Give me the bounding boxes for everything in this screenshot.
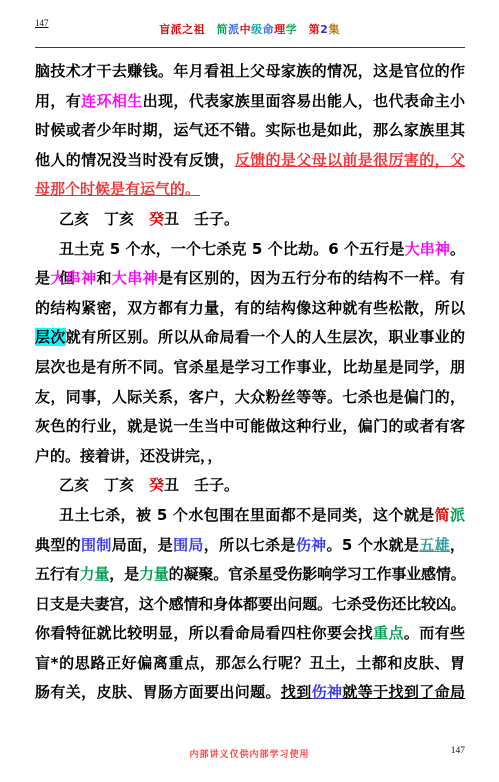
text-run: 乙亥 丁亥 <box>59 210 149 228</box>
title-segment: 学 <box>286 23 298 36</box>
title-segment <box>205 23 217 36</box>
text-run: 用，有 <box>35 92 81 110</box>
text-run: 层次 <box>35 328 66 346</box>
text-run: 重点 <box>373 624 404 642</box>
text-run: 丑 壬子。 <box>164 210 239 228</box>
title-segment: 命 <box>263 23 275 36</box>
text-run: 连环相生 <box>81 92 142 110</box>
text-run: 派 <box>450 506 465 524</box>
document-body: 脑技术才干去赚钱。年月看祖上父母家族的情况，这是官位的作用，有连环相生出现，代表… <box>35 57 465 708</box>
text-run: 丑 壬子。 <box>164 476 239 494</box>
text-line: 他人的情况没当时没有反馈，反馈的是父母以前是很厉害的，父 <box>35 146 465 176</box>
text-run: 母那个时候是有运气的。 <box>35 180 200 198</box>
text-run: 。而有些 <box>404 624 465 642</box>
text-run: 丑土克 5 个水，一个七杀克 5 个比劫。6 个五行是 <box>59 240 405 258</box>
text-run: 反馈的是父母以前是很厉害的，父 <box>235 151 465 169</box>
text-run: ，所以七杀是 <box>204 536 296 554</box>
text-run: 丑土七杀，被 5 个水包围在里面都不是同类，这个就是 <box>59 506 435 524</box>
text-run: 大串神 <box>112 269 158 287</box>
text-run: 时候或者少年时期，运气还不错。实际也是如此，那么家族里其 <box>35 121 465 139</box>
text-line: 脑技术才干去赚钱。年月看祖上父母家族的情况，这是官位的作 <box>35 57 465 87</box>
title-segment: 理 <box>274 23 286 36</box>
text-run: 大串神 <box>50 269 96 287</box>
footer-notice: 内部讲义仅供内部学习使用 <box>0 747 499 760</box>
text-run: 的凝聚。官杀星受伤影响学习工作事业感情。 <box>169 565 465 583</box>
text-run: 脑技术才干去赚钱。年月看祖上父母家族的情况，这是官位的作 <box>35 62 465 80</box>
text-run: 就有所区别。所以从命局看一个人的人生层次，职业事业的 <box>66 328 465 346</box>
text-run: 盲*的思路正好偏离重点，那怎么行呢？丑土，土都和皮肤、胃 <box>35 654 465 672</box>
text-line: 乙亥 丁亥 癸丑 壬子。 <box>35 205 465 235</box>
text-run: 癸 <box>149 210 164 228</box>
text-run: 是 <box>35 269 50 287</box>
text-line: 是大串神和大串神是有区别的，因为五行分布的结构不一样。有 <box>35 264 465 294</box>
text-line: 母那个时候是有运气的。 <box>35 175 465 205</box>
text-run: 力量 <box>80 565 110 583</box>
text-run: ， <box>450 536 465 554</box>
text-line: 乙亥 丁亥 癸丑 壬子。 <box>35 471 465 501</box>
text-run: 围局 <box>173 536 204 554</box>
text-line: 的结构紧密，双方都有力量，有的结构像这种就有些松散，所以 <box>35 294 465 324</box>
text-line: 户的。接着讲，还没讲完，， <box>35 442 465 472</box>
text-run: 层次也是有所不同。官杀星是学习工作事业，比劫星是同学，朋 <box>35 358 465 376</box>
title-segment: 第 <box>309 23 321 36</box>
text-run: 围制 <box>81 536 112 554</box>
title-segment <box>297 23 309 36</box>
text-run: 五行有 <box>35 565 80 583</box>
text-line: 丑土七杀，被 5 个水包围在里面都不是同类，这个就是简派 <box>35 501 465 531</box>
text-run: 就等于找到了命局 <box>342 683 465 701</box>
text-run: ，是 <box>109 565 139 583</box>
text-run: 找到 <box>281 683 312 701</box>
text-run: 你看特征就比较明显，所以看命局看四柱你要会找 <box>35 624 373 642</box>
text-run: 日支是夫妻宫，这个感情和身体都要出问题。七杀受伤还比较凶。 <box>35 595 465 613</box>
text-run: 典型的 <box>35 536 81 554</box>
header-divider <box>35 47 465 48</box>
text-line: 盲*的思路正好偏离重点，那怎么行呢？丑土，土都和皮肤、胃 <box>35 649 465 679</box>
text-line: 层次也是有所不同。官杀星是学习工作事业，比劫星是同学，朋 <box>35 353 465 383</box>
title-segment: 简 <box>217 23 229 36</box>
text-run: 户的。接着讲，还没讲完，， <box>35 447 223 465</box>
document-page: 147 盲派之祖 简派中级命理学 第2集 脑技术才干去赚钱。年月看祖上父母家族的… <box>0 0 499 782</box>
text-run: 大串神 <box>405 240 450 258</box>
text-line: 用，有连环相生出现，代表家族里面容易出能人，也代表命主小 <box>35 87 465 117</box>
title-segment: 集 <box>328 23 340 36</box>
text-line: 肠有关，皮肤、胃肠方面要出问题。找到伤神就等于找到了命局 <box>35 678 465 708</box>
text-line: 层次就有所区别。所以从命局看一个人的人生层次，职业事业的 <box>35 323 465 353</box>
title-segment: 派 <box>228 23 240 36</box>
text-run: 是有区别的，因为五行分布的结构不一样。有 <box>158 269 465 287</box>
text-run: 乙亥 丁亥 <box>59 476 149 494</box>
text-run: 肠有关，皮肤、胃肠方面要出问题。 <box>35 683 281 701</box>
text-run: 简 <box>435 506 450 524</box>
text-line: 时候或者少年时期，运气还不错。实际也是如此，那么家族里其 <box>35 116 465 146</box>
text-run: 伤神 <box>312 683 343 701</box>
text-line: 你看特征就比较明显，所以看命局看四柱你要会找重点。而有些 <box>35 619 465 649</box>
text-run: 五雄 <box>419 536 450 554</box>
document-title: 盲派之祖 简派中级命理学 第2集 <box>0 21 499 37</box>
text-run: 出现，代表家族里面容易出能人，也代表命主小 <box>143 92 465 110</box>
text-run: 。5 个水就是 <box>327 536 420 554</box>
text-run: 伤神 <box>296 536 327 554</box>
text-line: 友，同事，人际关系，客户，大众粉丝等等。七杀也是偏门的， <box>35 383 465 413</box>
footer-page-number: 147 <box>451 746 465 756</box>
text-line: 丑土克 5 个水，一个七杀克 5 个比劫。6 个五行是大串神。但 <box>35 235 465 265</box>
text-run: 友，同事，人际关系，客户，大众粉丝等等。七杀也是偏门的， <box>35 388 465 406</box>
text-run: 局面，是 <box>112 536 173 554</box>
text-line: 灰色的行业，就是说一生当中可能做这种行业，偏门的或者有客 <box>35 412 465 442</box>
text-run: 灰色的行业，就是说一生当中可能做这种行业，偏门的或者有客 <box>35 417 465 435</box>
text-run: 和 <box>96 269 111 287</box>
text-line: 五行有力量，是力量的凝聚。官杀星受伤影响学习工作事业感情。 <box>35 560 465 590</box>
text-run: 癸 <box>149 476 164 494</box>
title-segment: 级 <box>251 23 263 36</box>
text-run: 的结构紧密，双方都有力量，有的结构像这种就有些松散，所以 <box>35 299 465 317</box>
title-segment: 盲派之祖 <box>159 23 205 36</box>
text-line: 典型的围制局面，是围局，所以七杀是伤神。5 个水就是五雄， <box>35 531 465 561</box>
text-line: 日支是夫妻宫，这个感情和身体都要出问题。七杀受伤还比较凶。 <box>35 590 465 620</box>
title-segment: 中 <box>240 23 252 36</box>
text-run: 他人的情况没当时没有反馈， <box>35 151 235 169</box>
text-run: 力量 <box>139 565 169 583</box>
